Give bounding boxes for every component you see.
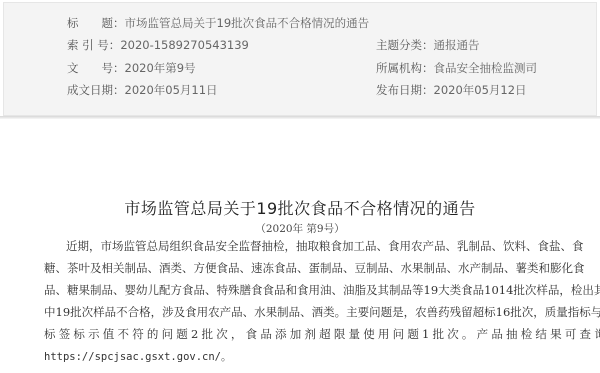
meta-title-label: 标 题： <box>67 16 125 30</box>
document-title: 市场监管总局关于19批次食品不合格情况的通告 <box>0 196 600 219</box>
meta-category-label: 主题分类： <box>376 38 434 52</box>
body-line-4: 中19批次样品不合格，涉及食用农产品、水果制品、酒类。主要问题是，农兽药残留超标… <box>44 305 576 319</box>
meta-publish-date-label: 发布日期： <box>376 83 434 97</box>
body-line-1: 近期，市场监管总局组织食品安全监督抽检，抽取粮食加工品、食用农产品、乳制品、饮料… <box>66 239 576 253</box>
meta-category-row: 主题分类：通报通告 <box>376 38 480 52</box>
meta-publish-date-value: 2020年05月12日 <box>434 83 527 97</box>
meta-docno-value: 2020年第9号 <box>125 61 196 75</box>
meta-written-date-row: 成文日期：2020年05月11日 <box>67 83 218 97</box>
metadata-divider <box>0 116 600 119</box>
body-line-5: 标签标示值不符的问题2批次，食品添加剂超限量使用问题1批次。产品抽检结果可查询 <box>44 327 576 341</box>
meta-index-label: 索 引 号： <box>67 38 120 52</box>
meta-index-value: 2020-1589270543139 <box>120 38 249 52</box>
meta-docno-row: 文 号：2020年第9号 <box>67 61 196 75</box>
meta-written-date-label: 成文日期： <box>67 83 125 97</box>
body-line-2: 糖、茶叶及相关制品、酒类、方便食品、速冻食品、蛋制品、豆制品、水果制品、水产制品… <box>44 261 576 275</box>
meta-written-date-value: 2020年05月11日 <box>125 83 218 97</box>
meta-category-value: 通报通告 <box>434 38 480 52</box>
meta-title-value: 市场监管总局关于19批次食品不合格情况的通告 <box>125 16 370 30</box>
results-link[interactable]: https://spcjsac.gsxt.gov.cn/。 <box>44 349 232 364</box>
meta-agency-label: 所属机构： <box>376 61 434 75</box>
meta-agency-value: 食品安全抽检监测司 <box>434 61 538 75</box>
meta-index-row: 索 引 号：2020-1589270543139 <box>67 38 249 52</box>
meta-publish-date-row: 发布日期：2020年05月12日 <box>376 83 527 97</box>
document-number: （2020年 第9号） <box>0 221 600 236</box>
body-line-3: 品、糖果制品、婴幼儿配方食品、特殊膳食食品和食用油、油脂及其制品等19大类食品1… <box>44 283 576 297</box>
meta-agency-row: 所属机构：食品安全抽检监测司 <box>376 61 537 75</box>
meta-title-row: 标 题：市场监管总局关于19批次食品不合格情况的通告 <box>67 16 369 30</box>
meta-docno-label: 文 号： <box>67 61 125 75</box>
